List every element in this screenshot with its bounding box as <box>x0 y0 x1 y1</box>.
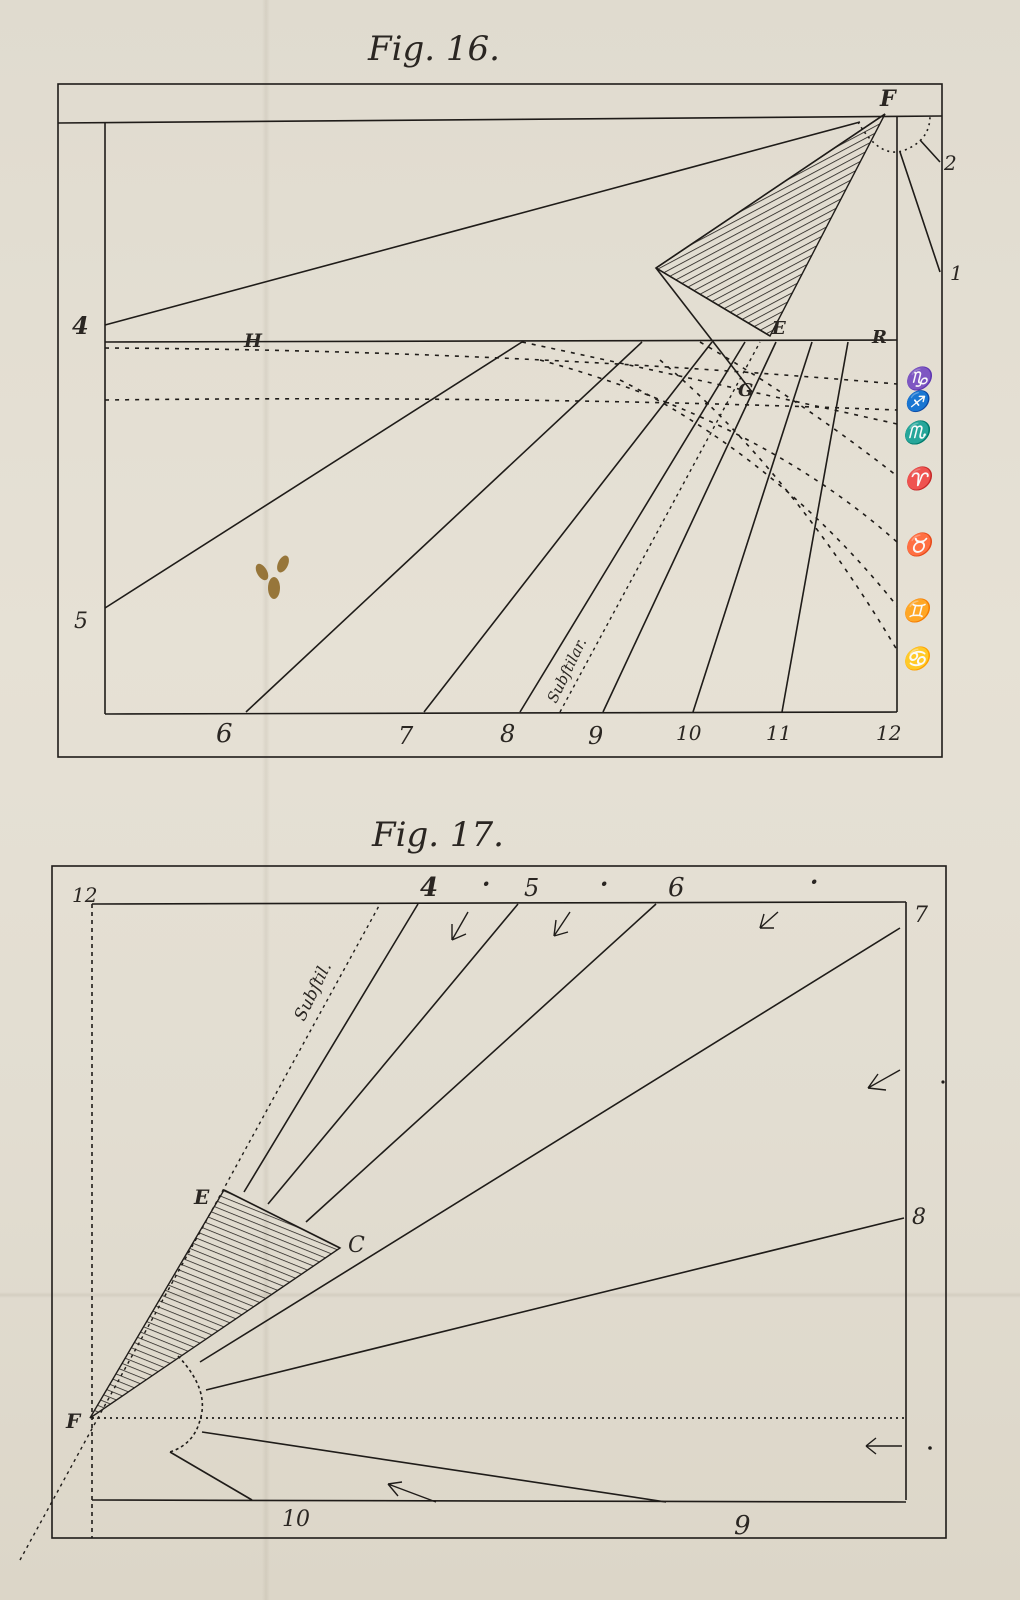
fig17-hour-6: 6 <box>668 873 685 903</box>
fig17-gnomon <box>90 1190 340 1418</box>
fig16-hour-5: 5 <box>74 609 88 634</box>
figure-17: Fig. 17. <box>20 815 946 1560</box>
fig16-hour-8: 8 <box>500 720 515 748</box>
fig16-horizon-line <box>105 340 897 342</box>
fig17-hour-10: 10 <box>282 1507 310 1532</box>
fig17-hour-7: 7 <box>914 903 928 928</box>
figure-16: Fig. 16. <box>58 29 963 757</box>
fig16-hour-7: 7 <box>398 722 414 750</box>
fig17-hour-8: 8 <box>912 1205 926 1230</box>
engraving-plate: Fig. 16. <box>0 0 1020 1600</box>
fig16-point-R: R <box>871 327 887 348</box>
fig16-hour-2: 2 <box>943 151 957 175</box>
fig16-hour-4: 4 <box>72 311 89 340</box>
fig16-hour-6: 6 <box>216 719 233 749</box>
fig17-dot-1: · <box>482 869 490 898</box>
fig17-hour-9: 9 <box>734 1511 751 1541</box>
fig16-gnomon <box>656 114 885 336</box>
fig17-title: Fig. 17. <box>371 815 504 855</box>
fig17-margin-dot <box>928 1446 932 1450</box>
fig17-hour-12: 12 <box>72 883 97 907</box>
cancer-sign: ♋ <box>902 646 934 672</box>
fig17-outer-frame <box>52 866 946 1538</box>
aries-sign: ♈ <box>904 466 936 492</box>
fig16-point-F: F <box>879 86 897 112</box>
fig17-margin-dot-2 <box>941 1080 944 1083</box>
sagittarius-sign: ♐ <box>904 389 933 413</box>
scorpio-sign: ♏ <box>902 420 934 446</box>
fig16-hour-11: 11 <box>766 721 791 745</box>
fig17-dot-2: · <box>600 869 608 898</box>
fig16-hour-9: 9 <box>588 722 603 750</box>
fig17-point-E: E <box>193 1185 210 1209</box>
fig17-point-F: F <box>65 1409 82 1433</box>
fig17-point-C: C <box>348 1233 365 1258</box>
fig16-point-E: E <box>771 318 786 339</box>
fig16-hour-1: 1 <box>950 261 963 285</box>
fig16-point-H: H <box>243 330 263 352</box>
fig17-hour-5: 5 <box>524 874 539 902</box>
fig16-point-G: G <box>738 380 753 401</box>
ink-stain <box>253 554 291 599</box>
fig16-hour-10: 10 <box>676 721 702 745</box>
fig17-substylar-label: Subſtil. <box>291 959 337 1024</box>
fig17-dot-3: · <box>810 867 818 896</box>
fig16-title: Fig. 16. <box>367 29 500 69</box>
gemini-sign: ♊ <box>902 598 934 624</box>
shadow-arrows <box>388 912 902 1502</box>
fig16-hour-12: 12 <box>876 721 901 745</box>
fig17-hour-4: 4 <box>420 873 438 903</box>
fig16-substylar-label: Subſtilar. <box>543 635 590 706</box>
taurus-sign: ♉ <box>904 532 936 558</box>
